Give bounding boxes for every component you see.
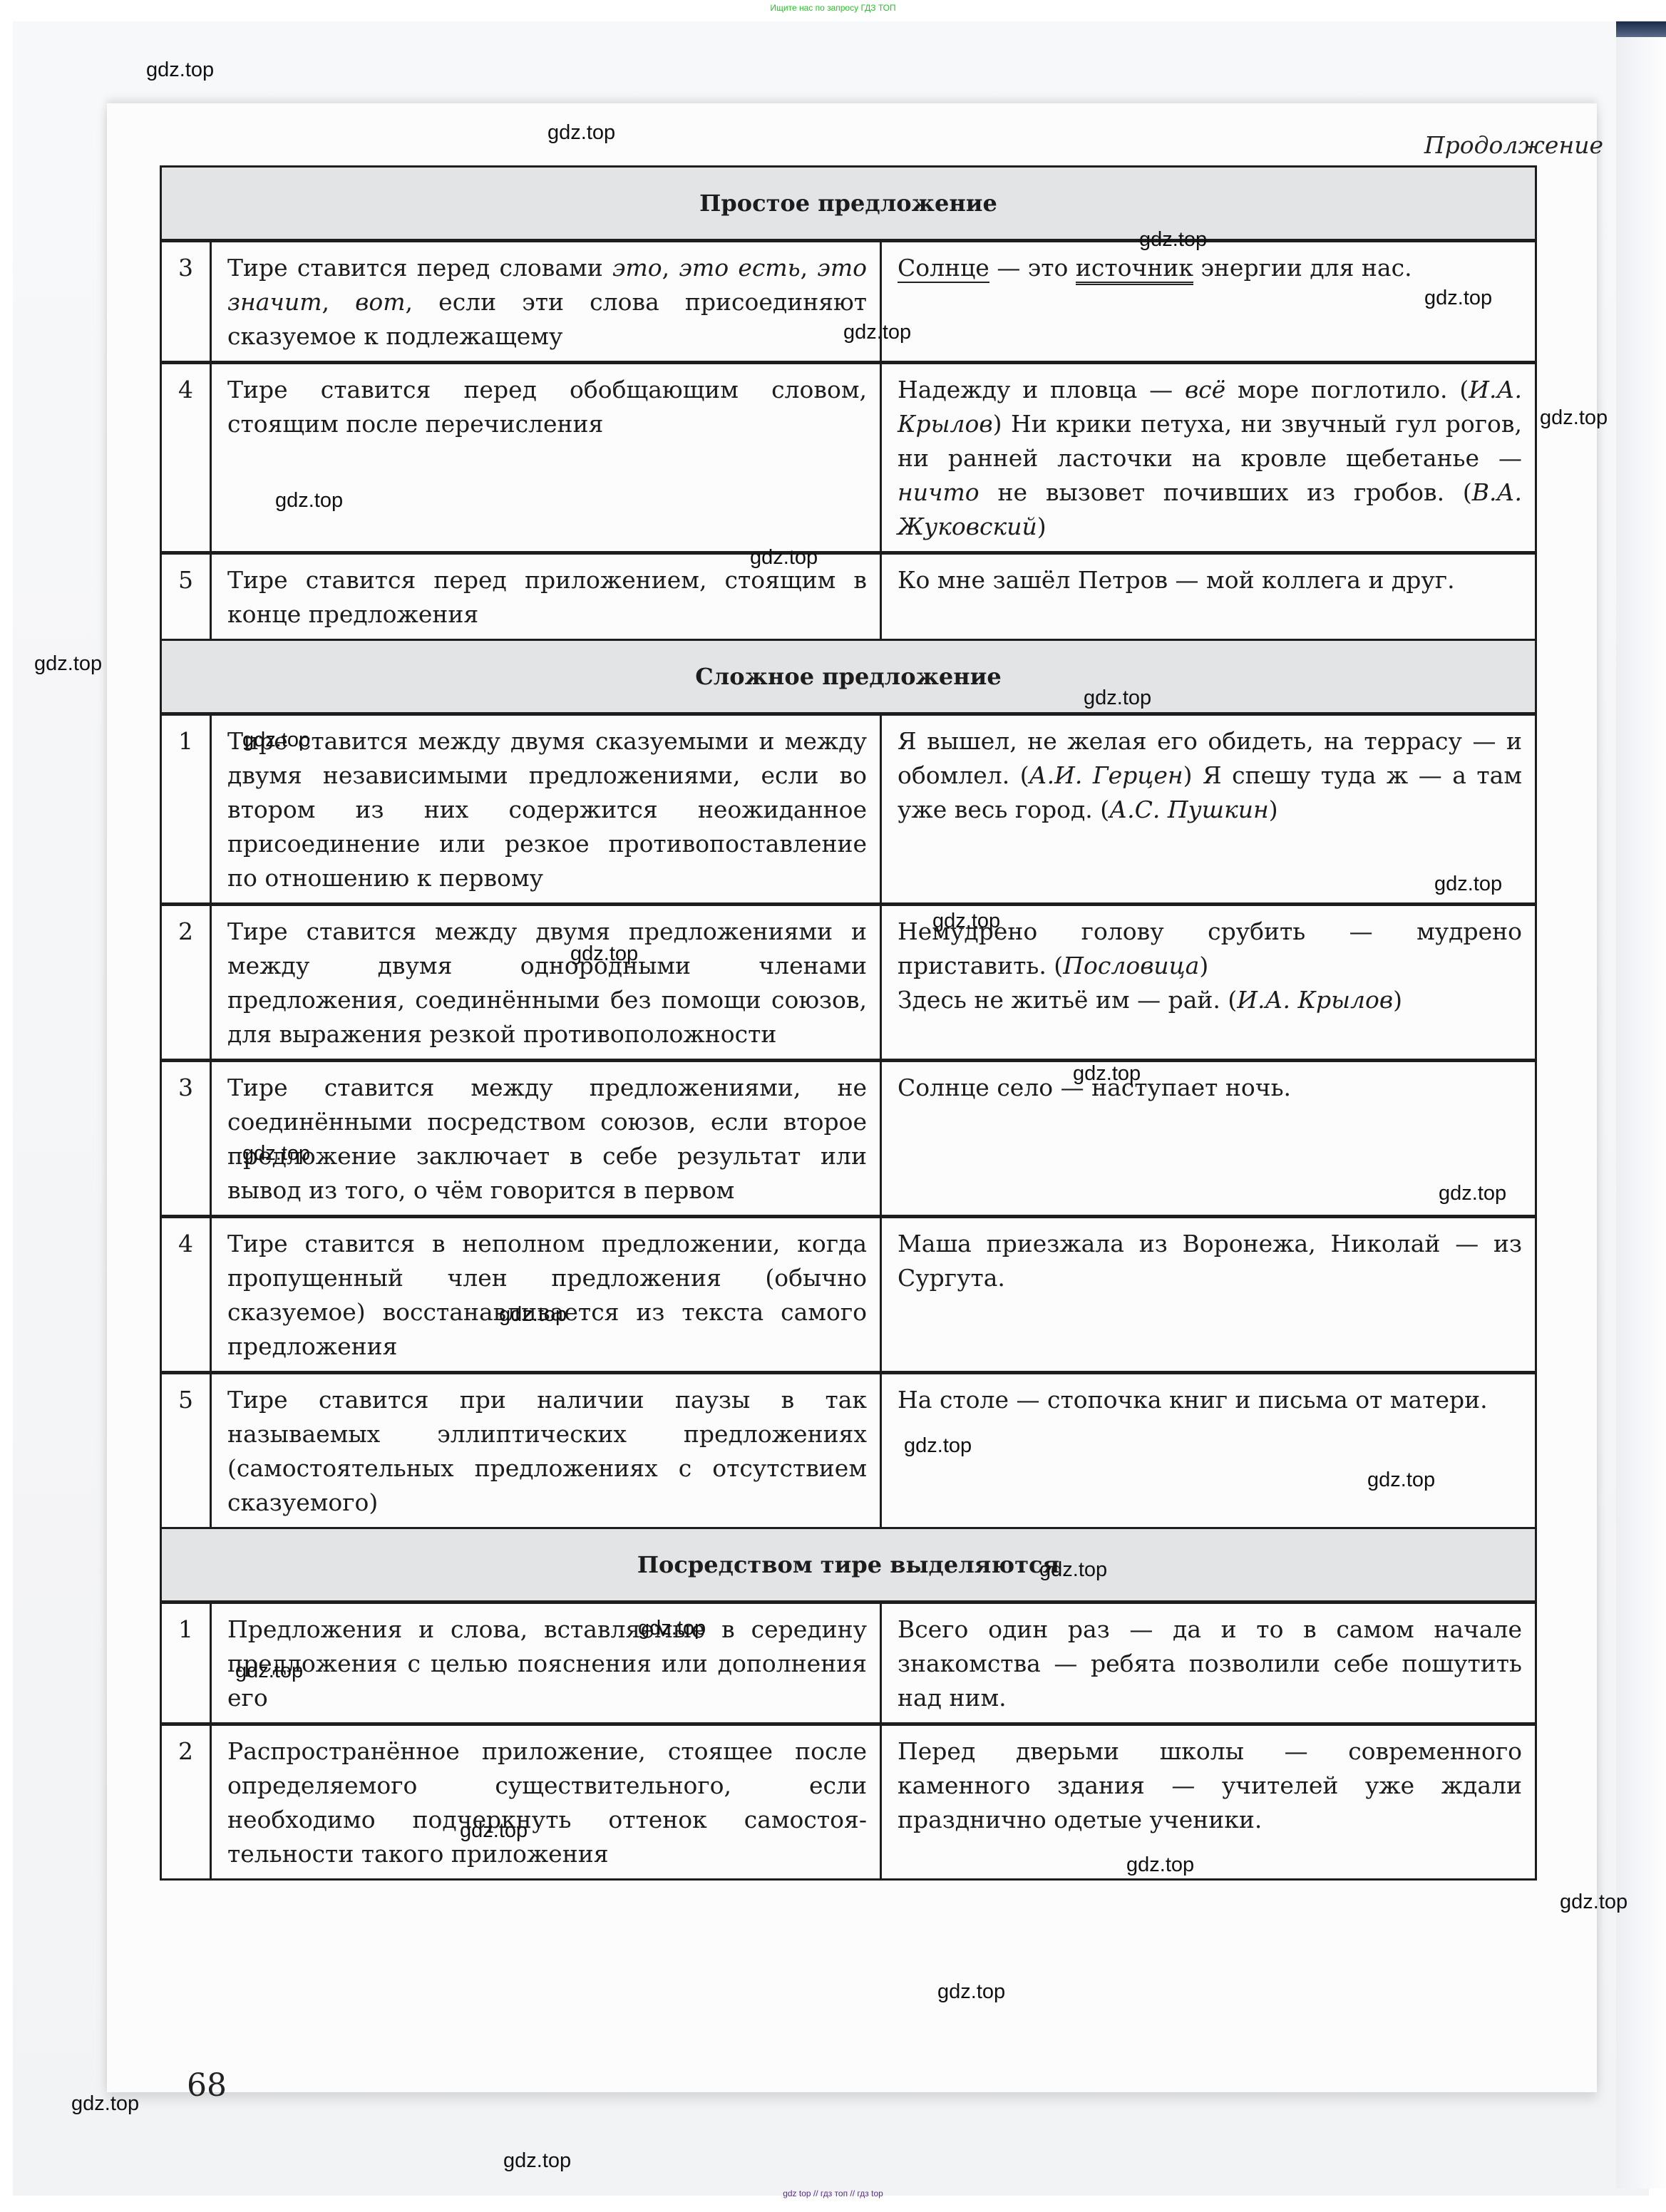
example-text: Надежду и пловца — всё море поглоти­ло. …	[881, 363, 1536, 553]
example-text: На столе — стопочка книг и письма от мат…	[881, 1373, 1536, 1528]
rule-number: 2	[161, 905, 211, 1061]
watermark: gdz.top	[71, 2092, 139, 2116]
section-header: Сложное предложение	[161, 640, 1536, 714]
watermark: gdz.top	[242, 729, 310, 752]
section-title: Посредством тире выделяются	[161, 1528, 1536, 1603]
top-search-banner[interactable]: Ищите нас по запросу ГДЗ ТОП	[0, 3, 1666, 13]
book-cover-corner	[1616, 21, 1666, 37]
watermark: gdz.top	[275, 489, 343, 513]
watermark: gdz.top	[460, 1819, 528, 1843]
example-text: Ко мне зашёл Петров — мой коллега и друг…	[881, 553, 1536, 640]
watermark: gdz.top	[547, 121, 615, 145]
rule-text: Предложения и слова, вставляемые в сере­…	[211, 1603, 881, 1724]
dash-rules-table: Простое предложение3Тире ставится перед …	[160, 165, 1537, 1881]
watermark: gdz.top	[1424, 287, 1492, 310]
watermark: gdz.top	[34, 652, 102, 676]
table-row: 1Тире ставится между двумя сказуемыми и …	[161, 714, 1536, 905]
book-edge	[1616, 21, 1666, 2188]
rule-number: 2	[161, 1724, 211, 1880]
rule-number: 3	[161, 241, 211, 363]
rule-number: 4	[161, 363, 211, 553]
rule-number: 1	[161, 1603, 211, 1724]
bottom-links[interactable]: gdz top // гдз топ // гдз top	[0, 2188, 1666, 2198]
rule-text: Тире ставится в неполном предложении, ко…	[211, 1217, 881, 1373]
rule-text: Тире ставится при наличии паузы в так на…	[211, 1373, 881, 1528]
example-text: Всего один раз — да и то в самом нача­ле…	[881, 1603, 1536, 1724]
rule-text: Распространённое приложение, стоящее по­…	[211, 1724, 881, 1880]
watermark: gdz.top	[937, 1980, 1005, 2004]
rule-number: 1	[161, 714, 211, 905]
continuation-label: Продолжение	[1424, 131, 1603, 159]
watermark: gdz.top	[499, 1303, 567, 1327]
watermark: gdz.top	[1039, 1558, 1107, 1582]
table-row: 1Предложения и слова, вставляемые в сере…	[161, 1603, 1536, 1724]
watermark: gdz.top	[1439, 1182, 1506, 1205]
watermark: gdz.top	[1434, 873, 1502, 896]
rule-text: Тире ставится перед словами это, это ест…	[211, 241, 881, 363]
rule-number: 5	[161, 553, 211, 640]
watermark: gdz.top	[503, 2149, 571, 2173]
watermark: gdz.top	[1126, 1853, 1194, 1877]
section-title: Сложное предложение	[161, 640, 1536, 714]
table-row: 5Тире ставится перед приложением, стоя­щ…	[161, 553, 1536, 640]
watermark: gdz.top	[1084, 686, 1151, 710]
table-row: 4Тире ставится перед обобщающим словом, …	[161, 363, 1536, 553]
example-text: Маша приезжала из Воронежа, Нико­лай — и…	[881, 1217, 1536, 1373]
section-header: Посредством тире выделяются	[161, 1528, 1536, 1603]
section-header: Простое предложение	[161, 167, 1536, 241]
table-row: 2Распространённое приложение, стоящее по…	[161, 1724, 1536, 1880]
watermark: gdz.top	[1560, 1891, 1628, 1914]
watermark: gdz.top	[904, 1434, 972, 1458]
watermark: gdz.top	[242, 1142, 310, 1166]
watermark: gdz.top	[932, 910, 1000, 933]
rule-text: Тире ставится перед обобщающим словом, с…	[211, 363, 881, 553]
watermark: gdz.top	[1073, 1062, 1141, 1086]
table-row: 5Тире ставится при наличии паузы в так н…	[161, 1373, 1536, 1528]
rule-number: 5	[161, 1373, 211, 1528]
table-row: 4Тире ставится в неполном предложении, к…	[161, 1217, 1536, 1373]
table-row: 3Тире ставится между предложениями, не с…	[161, 1061, 1536, 1217]
rule-number: 3	[161, 1061, 211, 1217]
rule-text: Тире ставится между двумя предложения­ми…	[211, 905, 881, 1061]
section-title: Простое предложение	[161, 167, 1536, 241]
watermark: gdz.top	[843, 321, 911, 344]
rule-number: 4	[161, 1217, 211, 1373]
watermark: gdz.top	[1367, 1468, 1435, 1492]
example-text: Солнце село — наступает ночь.	[881, 1061, 1536, 1217]
watermark: gdz.top	[750, 546, 818, 570]
page-number: 68	[187, 2067, 227, 2104]
watermark: gdz.top	[570, 942, 638, 966]
watermark: gdz.top	[1139, 228, 1207, 252]
watermark: gdz.top	[638, 1617, 706, 1640]
table-row: 2Тире ставится между двумя предложения­м…	[161, 905, 1536, 1061]
rule-text: Тире ставится между предложениями, не со…	[211, 1061, 881, 1217]
watermark: gdz.top	[146, 58, 214, 82]
watermark: gdz.top	[1540, 406, 1608, 430]
rule-text: Тире ставится между двумя сказуемыми и м…	[211, 714, 881, 905]
example-text: Перед дверьми школы — современного камен…	[881, 1724, 1536, 1880]
watermark: gdz.top	[235, 1660, 303, 1683]
